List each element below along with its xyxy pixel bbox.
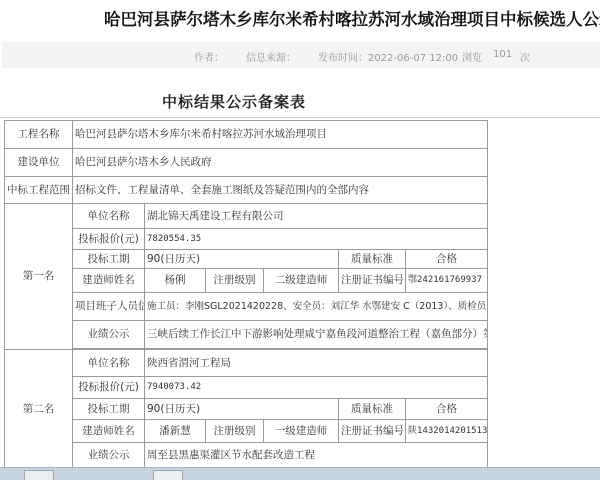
candidate-1-price-row: 投标报价(元) 7820554.35 [5, 229, 488, 250]
candidate-1-rank: 第一名 [5, 204, 73, 350]
period-label: 投标工期 [73, 250, 145, 269]
price-value: 7820554.35 [145, 229, 488, 250]
bottom-toolbar [0, 467, 600, 480]
row-owner: 建设单位 哈巴河县萨尔塔木乡人民政府 [5, 149, 488, 177]
toolbar-tab-1[interactable] [24, 470, 54, 480]
source-label: 信息来源： [246, 49, 296, 64]
candidate-1-team-row: 项目班子人员信息 施工员：李刚SGL2021420228、安全员：刘江华 水鄂建… [5, 293, 488, 321]
candidate-1-perf-row: 业绩公示 三峡后续工作长江中下游影响处理咸宁嘉鱼段河道整治工程（嘉鱼部分）第1 … [5, 321, 488, 349]
builder-value: 潘新慧 [145, 420, 206, 443]
toolbar-tab-2[interactable] [153, 470, 183, 480]
team-value: 施工员：李刚SGL2021420228、安全员：刘江华 水鄂建安 C（2013）… [145, 293, 488, 321]
project-name-label: 工程名称 [5, 121, 73, 149]
views-unit: 次 [520, 49, 530, 64]
publish-time: 发布时间：2022-06-07 12:00 [318, 49, 458, 64]
cert-label: 注册证书编号 [339, 420, 406, 443]
cert-value: 鄂242161769937 [406, 269, 488, 293]
reg-level-label: 注册级别 [206, 269, 264, 293]
period-value: 90(日历天) [145, 399, 339, 420]
price-label: 投标报价(元) [73, 229, 145, 250]
candidate-2-rank: 第二名 [5, 350, 73, 469]
builder-label: 建造师姓名 [73, 269, 145, 293]
company-label: 单位名称 [73, 204, 145, 229]
candidate-2-period-row: 投标工期 90(日历天) 质量标准 合格 [5, 399, 488, 420]
perf-value: 周至县黑惠渠灌区节水配套改造工程 [145, 443, 488, 469]
candidate-2-builder-row: 建造师姓名 潘新慧 注册级别 一级建造师 注册证书编号 陕14320142015… [5, 420, 488, 443]
row-project-name: 工程名称 哈巴河县萨尔塔木乡库尔米希村喀拉苏河水域治理项目 [5, 121, 488, 149]
owner-label: 建设单位 [5, 149, 73, 177]
owner-value: 哈巴河县萨尔塔木乡人民政府 [73, 149, 488, 177]
company-value: 陕西省渭河工程局 [145, 350, 488, 377]
scope-value: 招标文件、工程量清单、全套施工图纸及答疑范围内的全部内容 [73, 177, 488, 204]
page-title: 哈巴河县萨尔塔木乡库尔米希村喀拉苏河水域治理项目中标候选人公示 [104, 6, 600, 30]
quality-value: 合格 [406, 250, 488, 269]
document-title: 中标结果公示备案表 [162, 91, 306, 112]
perf-label: 业绩公示 [73, 321, 145, 349]
cert-label: 注册证书编号 [339, 269, 406, 293]
team-label: 项目班子人员信息 [73, 293, 145, 321]
company-value: 湖北锦天禹建设工程有限公司 [145, 204, 488, 229]
candidate-2-company-row: 第二名 单位名称 陕西省渭河工程局 [5, 350, 488, 377]
candidate-2-perf-row: 业绩公示 周至县黑惠渠灌区节水配套改造工程 [5, 443, 488, 469]
reg-level-label: 注册级别 [206, 420, 264, 443]
bid-result-table: 工程名称 哈巴河县萨尔塔木乡库尔米希村喀拉苏河水域治理项目 建设单位 哈巴河县萨… [4, 120, 488, 469]
divider [0, 117, 600, 118]
candidate-1-company-row: 第一名 单位名称 湖北锦天禹建设工程有限公司 [5, 204, 488, 229]
price-label: 投标报价(元) [73, 377, 145, 399]
quality-label: 质量标准 [339, 399, 406, 420]
price-value: 7940073.42 [145, 377, 488, 399]
author-label: 作者： [194, 49, 224, 64]
cert-value: 陕143201420151333 [406, 420, 488, 443]
views-count: 101 [493, 49, 512, 60]
perf-label: 业绩公示 [73, 443, 145, 469]
row-scope: 中标工程范围 招标文件、工程量清单、全套施工图纸及答疑范围内的全部内容 [5, 177, 488, 204]
candidate-1-period-row: 投标工期 90(日历天) 质量标准 合格 [5, 250, 488, 269]
reg-level-value: 一级建造师 [264, 420, 339, 443]
views-label: 浏览 [462, 49, 482, 64]
project-name-value: 哈巴河县萨尔塔木乡库尔米希村喀拉苏河水域治理项目 [73, 121, 488, 149]
quality-value: 合格 [406, 399, 488, 420]
candidate-2-price-row: 投标报价(元) 7940073.42 [5, 377, 488, 399]
reg-level-value: 二级建造师 [264, 269, 339, 293]
quality-label: 质量标准 [339, 250, 406, 269]
period-label: 投标工期 [73, 399, 145, 420]
scope-label: 中标工程范围 [5, 177, 73, 204]
period-value: 90(日历天) [145, 250, 339, 269]
builder-value: 杨俐 [145, 269, 206, 293]
builder-label: 建造师姓名 [73, 420, 145, 443]
article-meta-bar: 作者： 信息来源： 发布时间：2022-06-07 12:00 浏览 101 次 [2, 42, 600, 68]
perf-value: 三峡后续工作长江中下游影响处理咸宁嘉鱼段河道整治工程（嘉鱼部分）第1 标段 [145, 321, 488, 349]
candidate-1-builder-row: 建造师姓名 杨俐 注册级别 二级建造师 注册证书编号 鄂242161769937 [5, 269, 488, 293]
company-label: 单位名称 [73, 350, 145, 377]
